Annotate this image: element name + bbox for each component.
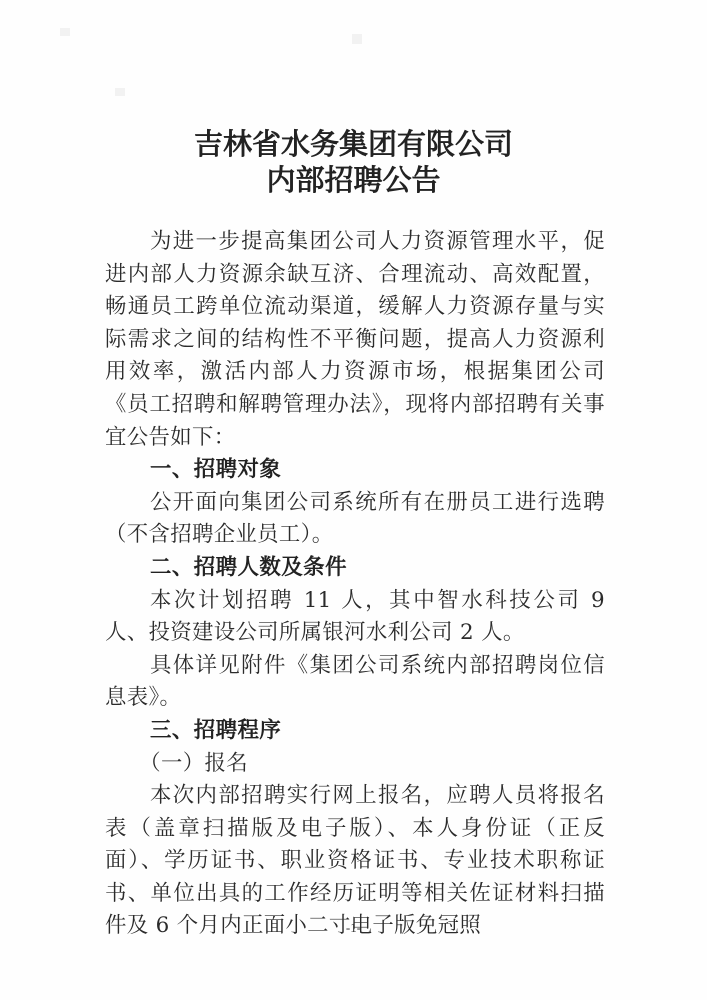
section-3-subheading: （一）报名	[105, 748, 605, 781]
section-heading-3: 三、招聘程序	[105, 715, 605, 748]
scan-speck	[352, 34, 362, 44]
section-3-paragraph-1: 本次内部招聘实行网上报名，应聘人员将报名表（盖章扫描版及电子版）、本人身份证（正…	[105, 780, 605, 943]
section-heading-2: 二、招聘人数及条件	[105, 552, 605, 585]
document-title-notice: 内部招聘公告	[0, 158, 707, 199]
section-2-paragraph-1: 本次计划招聘 11 人，其中智水科技公司 9 人、投资建设公司所属银河水利公司 …	[105, 585, 605, 650]
scan-speck	[60, 28, 70, 36]
section-1-paragraph-1: 公开面向集团公司系统所有在册员工进行选聘（不含招聘企业员工）。	[105, 487, 605, 552]
scan-speck	[115, 88, 125, 96]
section-2-paragraph-2: 具体详见附件《集团公司系统内部招聘岗位信息表》。	[105, 650, 605, 715]
page-number: -1-	[0, 920, 707, 936]
document-body: 为进一步提高集团公司人力资源管理水平，促进内部人力资源余缺互济、合理流动、高效配…	[105, 226, 605, 943]
document-title-org: 吉林省水务集团有限公司	[0, 122, 707, 163]
intro-paragraph: 为进一步提高集团公司人力资源管理水平，促进内部人力资源余缺互济、合理流动、高效配…	[105, 226, 605, 454]
section-heading-1: 一、招聘对象	[105, 454, 605, 487]
